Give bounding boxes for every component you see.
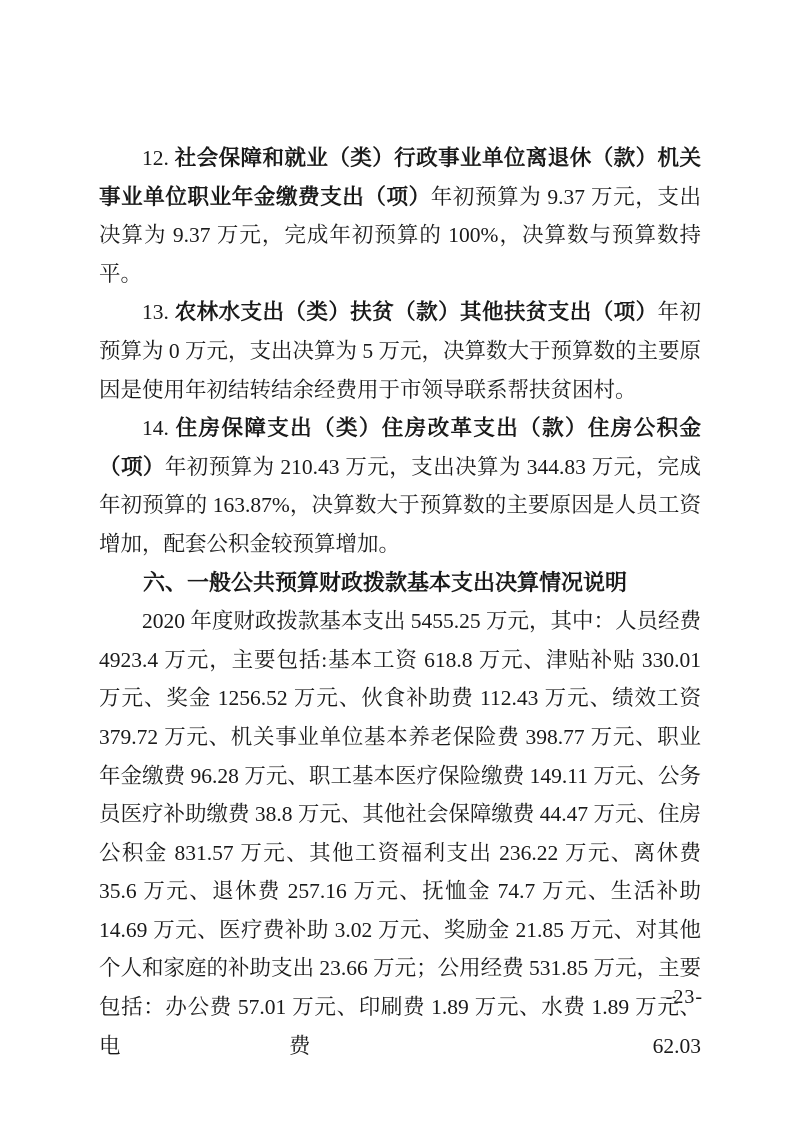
item-14-number: 14. bbox=[142, 416, 176, 440]
document-content: 12. 社会保障和就业（类）行政事业单位离退休（款）机关事业单位职业年金缴费支出… bbox=[99, 139, 701, 1065]
paragraph-item-12: 12. 社会保障和就业（类）行政事业单位离退休（款）机关事业单位职业年金缴费支出… bbox=[99, 139, 701, 293]
paragraph-item-14: 14. 住房保障支出（类）住房改革支出（款）住房公积金（项）年初预算为 210.… bbox=[99, 409, 701, 563]
item-13-number: 13. bbox=[142, 300, 175, 324]
item-13-title: 农林水支出（类）扶贫（款）其他扶贫支出（项） bbox=[175, 300, 658, 324]
section-heading: 六、一般公共预算财政拨款基本支出决算情况说明 bbox=[99, 564, 701, 603]
item-12-number: 12. bbox=[142, 146, 175, 170]
page-number: -23- bbox=[0, 986, 703, 1009]
paragraph-item-13: 13. 农林水支出（类）扶贫（款）其他扶贫支出（项）年初预算为 0 万元，支出决… bbox=[99, 293, 701, 409]
document-page: 12. 社会保障和就业（类）行政事业单位离退休（款）机关事业单位职业年金缴费支出… bbox=[0, 0, 793, 1122]
item-14-body: 年初预算为 210.43 万元，支出决算为 344.83 万元，完成年初预算的 … bbox=[99, 455, 701, 556]
